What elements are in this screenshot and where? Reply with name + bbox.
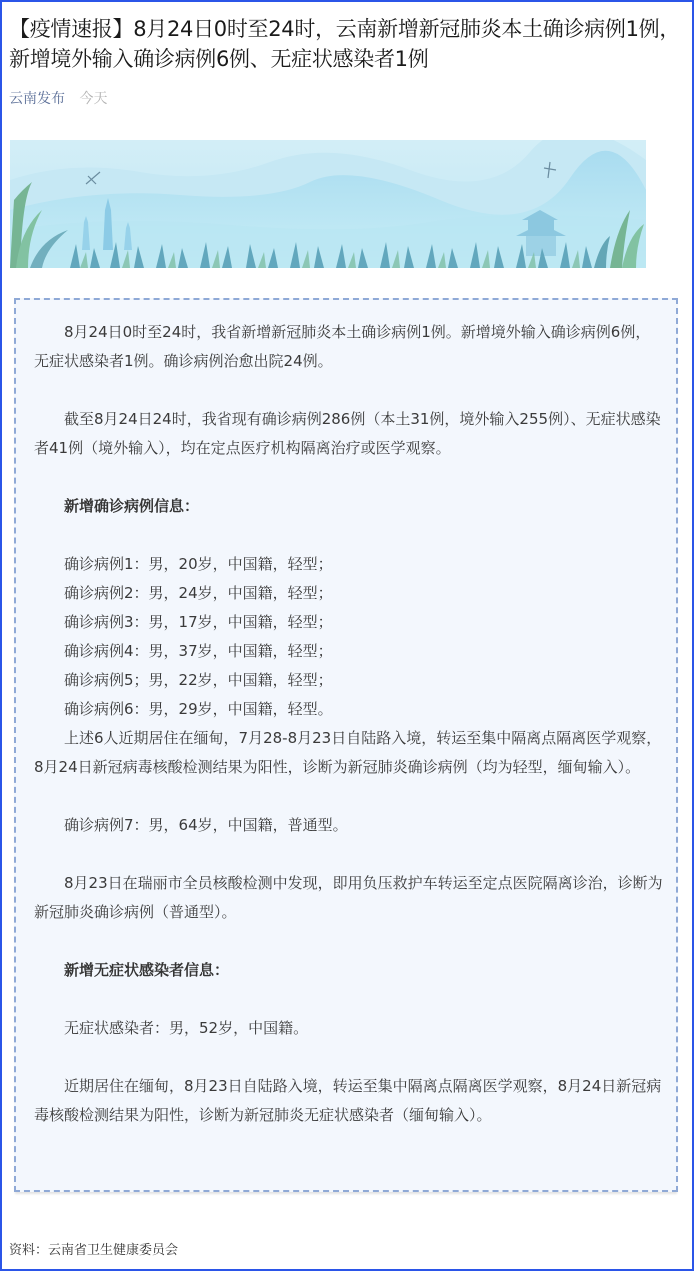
paragraph-asymptomatic-note: 近期居住在缅甸，8月23日自陆路入境，转运至集中隔离点隔离医学观察，8月24日新… <box>34 1072 664 1130</box>
banner-image <box>10 140 646 268</box>
paragraph-cases-note: 上述6人近期居住在缅甸，7月28-8月23日自陆路入境，转运至集中隔离点隔离医学… <box>34 724 664 782</box>
section-heading-confirmed: 新增确诊病例信息： <box>34 492 664 521</box>
article-meta: 云南发布 今天 <box>9 89 107 109</box>
article-body: 8月24日0时至24时，我省新增新冠肺炎本土确诊病例1例。新增境外输入确诊病例6… <box>34 318 664 1130</box>
section-heading-asymptomatic: 新增无症状感染者信息： <box>34 956 664 985</box>
case-item: 确诊病例6：男，29岁，中国籍，轻型。 <box>34 695 664 724</box>
asymptomatic-item: 无症状感染者：男，52岁，中国籍。 <box>34 1014 664 1043</box>
article-title: 【疫情速报】8月24日0时至24时，云南新增新冠肺炎本土确诊病例1例，新增境外输… <box>9 14 681 74</box>
source-link[interactable]: 云南发布 <box>9 91 65 107</box>
publish-date: 今天 <box>79 91 107 107</box>
source-note: 资料：云南省卫生健康委员会 <box>9 1241 178 1261</box>
paragraph-case7-note: 8月23日在瑞丽市全员核酸检测中发现，即用负压救护车转运至定点医院隔离诊治，诊断… <box>34 869 664 927</box>
case-item: 确诊病例5；男，22岁，中国籍，轻型； <box>34 666 664 695</box>
case-item: 确诊病例4：男，37岁，中国籍，轻型； <box>34 637 664 666</box>
paragraph-totals: 截至8月24日24时，我省现有确诊病例286例（本土31例，境外输入255例）、… <box>34 405 664 463</box>
case-item: 确诊病例3：男，17岁，中国籍，轻型； <box>34 608 664 637</box>
case-item: 确诊病例2：男，24岁，中国籍，轻型； <box>34 579 664 608</box>
paragraph-summary: 8月24日0时至24时，我省新增新冠肺炎本土确诊病例1例。新增境外输入确诊病例6… <box>34 318 664 376</box>
case-item: 确诊病例1：男，20岁，中国籍，轻型； <box>34 550 664 579</box>
case-item-7: 确诊病例7：男，64岁，中国籍，普通型。 <box>34 811 664 840</box>
